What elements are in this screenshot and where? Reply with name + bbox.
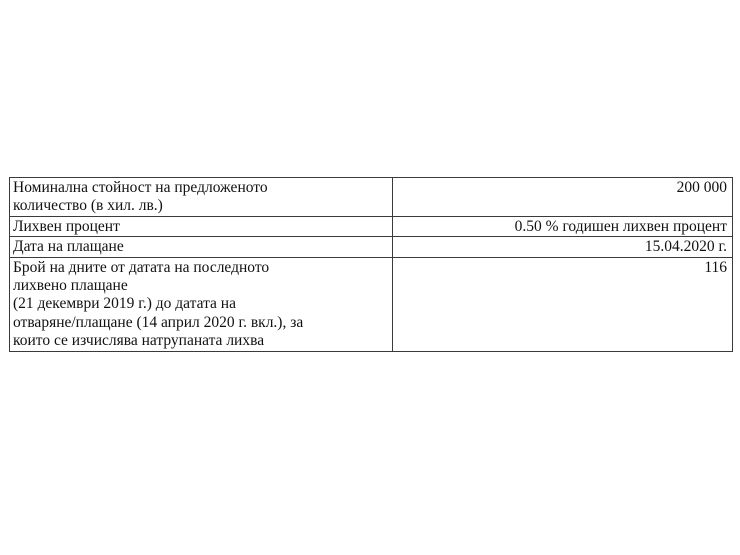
- row-value: 116: [393, 257, 733, 351]
- payment-details-table: Номинална стойност на предложеното колич…: [9, 177, 733, 352]
- label-line: отваряне/плащане (14 април 2020 г. вкл.)…: [13, 314, 389, 332]
- row-value: 15.04.2020 г.: [393, 237, 733, 257]
- row-value: 200 000: [393, 178, 733, 217]
- label-line: количество (в хил. лв.): [13, 197, 389, 215]
- row-label: Лихвен процент: [10, 216, 393, 236]
- label-line: Номинална стойност на предложеното: [13, 179, 389, 197]
- row-label: Номинална стойност на предложеното колич…: [10, 178, 393, 217]
- label-line: (21 декември 2019 г.) до датата на: [13, 295, 389, 313]
- row-label: Дата на плащане: [10, 237, 393, 257]
- table-row-days-count: Брой на дните от датата на последното ли…: [10, 257, 733, 351]
- label-line: лихвено плащане: [13, 277, 389, 295]
- table-row-interest-rate: Лихвен процент 0.50 % годишен лихвен про…: [10, 216, 733, 236]
- label-line: Лихвен процент: [13, 218, 389, 236]
- row-value: 0.50 % годишен лихвен процент: [393, 216, 733, 236]
- table-row-nominal-value: Номинална стойност на предложеното колич…: [10, 178, 733, 217]
- label-line: Брой на дните от датата на последното: [13, 259, 389, 277]
- table-row-payment-date: Дата на плащане 15.04.2020 г.: [10, 237, 733, 257]
- row-label: Брой на дните от датата на последното ли…: [10, 257, 393, 351]
- label-line: които се изчислява натрупаната лихва: [13, 332, 389, 350]
- label-line: Дата на плащане: [13, 238, 389, 256]
